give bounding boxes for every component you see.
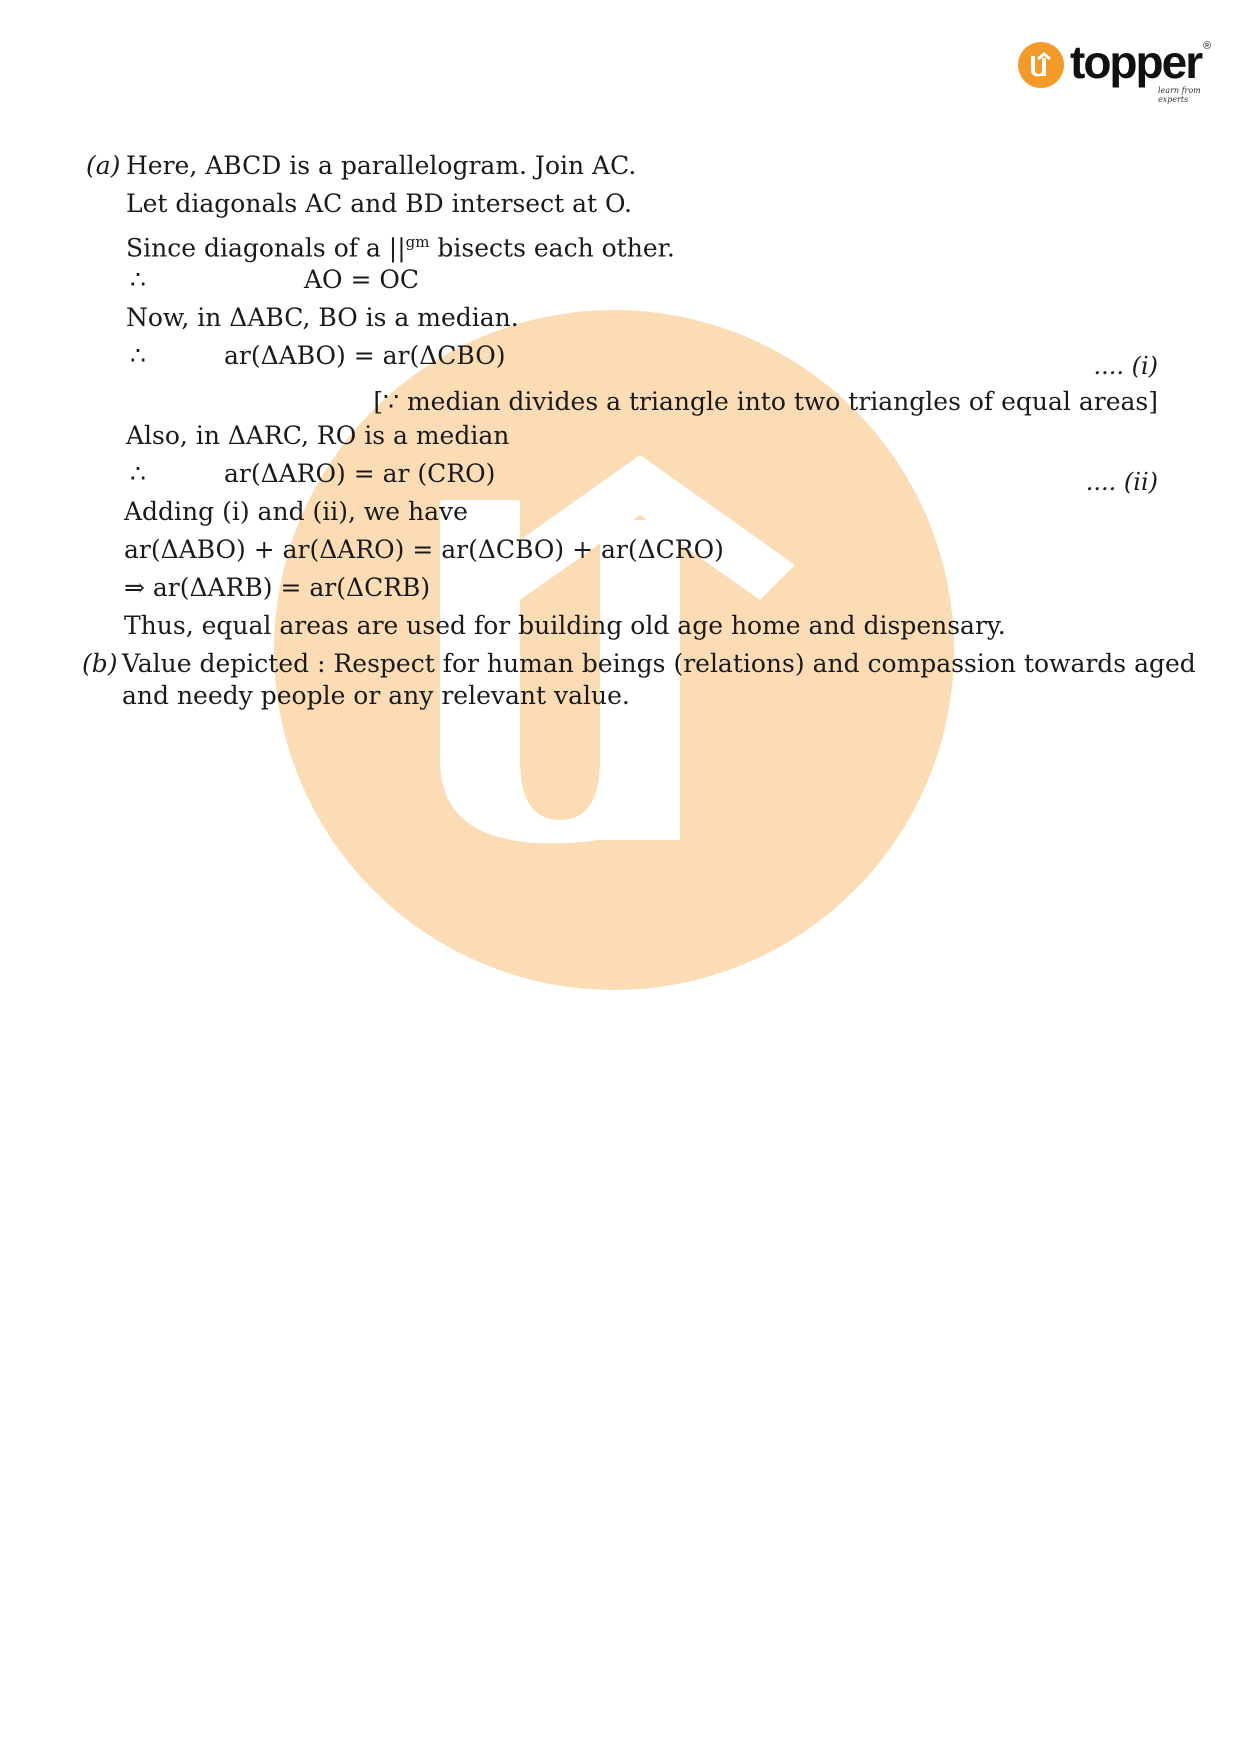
equation-result: ⇒ ar(ΔARB) = ar(ΔCRB): [124, 572, 430, 604]
reason-median: [∵ median divides a triangle into two tr…: [373, 386, 1158, 418]
equation-sum: ar(ΔABO) + ar(ΔARO) = ar(ΔCBO) + ar(ΔCRO…: [124, 534, 724, 566]
line-since-diagonals: Since diagonals of a ||gm bisects each o…: [126, 226, 675, 264]
line-conclusion: Thus, equal areas are used for building …: [124, 610, 1006, 642]
equation-abo-cbo: ar(ΔABO) = ar(ΔCBO): [224, 340, 506, 372]
line-also-median: Also, in ΔARC, RO is a median: [126, 420, 509, 452]
topper-badge-icon: [1018, 42, 1064, 88]
therefore-symbol: ∴: [130, 458, 146, 490]
therefore-symbol: ∴: [130, 340, 146, 372]
equation-aro-cro: ar(ΔARO) = ar (CRO): [224, 458, 495, 490]
part-b-label: (b): [82, 648, 118, 680]
equation-ref-ii: .... (ii): [1086, 466, 1158, 498]
equation-ao-oc: AO = OC: [304, 264, 419, 296]
line-let-diagonals: Let diagonals AC and BD intersect at O.: [126, 188, 632, 220]
therefore-symbol: ∴: [130, 264, 146, 296]
superscript-gm: gm: [406, 233, 430, 251]
equation-ref-i: .... (i): [1093, 350, 1158, 382]
part-a-label: (a): [86, 150, 120, 182]
value-depicted-line-1: Value depicted : Respect for human being…: [122, 648, 1158, 680]
brand-tagline: learn from experts: [1158, 86, 1218, 104]
line-adding: Adding (i) and (ii), we have: [124, 496, 468, 528]
line-here-abcd: Here, ABCD is a parallelogram. Join AC.: [126, 150, 636, 182]
brand-name: topper: [1070, 34, 1201, 90]
line-now-median: Now, in ΔABC, BO is a median.: [126, 302, 519, 334]
topper-logo: topper ® learn from experts: [1018, 38, 1218, 100]
value-depicted-line-2: and needy people or any relevant value.: [122, 680, 630, 712]
registered-mark: ®: [1203, 40, 1211, 52]
